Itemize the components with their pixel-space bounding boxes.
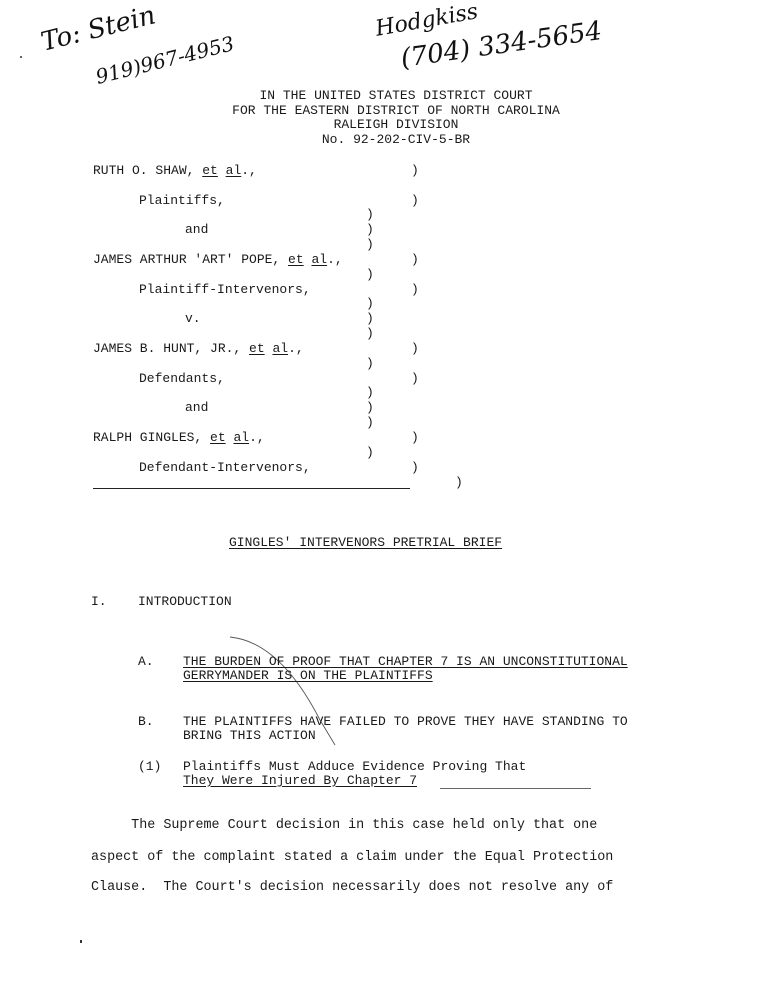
body-line-1: The Supreme Court decision in this case … bbox=[91, 818, 597, 833]
caption-paren: ) bbox=[411, 371, 419, 386]
section-b-number: B. bbox=[138, 714, 154, 729]
caption-paren: ) bbox=[366, 326, 374, 341]
caption-paren: ) bbox=[411, 341, 419, 356]
section-b-line1: THE PLAINTIFFS HAVE FAILED TO PROVE THEY… bbox=[183, 714, 628, 729]
caption-paren: ) bbox=[366, 445, 374, 460]
caption-paren: ) bbox=[411, 430, 419, 445]
court-district: FOR THE EASTERN DISTRICT OF NORTH CAROLI… bbox=[0, 104, 768, 118]
caption-paren: ) bbox=[366, 385, 374, 400]
party-plaintiff-intervenors: JAMES ARTHUR 'ART' POPE, et al., bbox=[93, 252, 343, 267]
and-connector-2: and bbox=[185, 400, 208, 415]
role-defendants: Defendants, bbox=[139, 371, 225, 386]
body-line-2: aspect of the complaint stated a claim u… bbox=[91, 850, 613, 865]
versus: v. bbox=[185, 311, 201, 326]
caption-paren: ) bbox=[411, 460, 419, 475]
party-defendant-intervenors: RALPH GINGLES, et al., bbox=[93, 430, 265, 445]
section-a-line2: GERRYMANDER IS ON THE PLAINTIFFS bbox=[183, 668, 433, 683]
stray-mark bbox=[20, 56, 22, 58]
caption-paren: ) bbox=[366, 356, 374, 371]
subsection-1-line2: They Were Injured By Chapter 7 bbox=[183, 773, 417, 788]
caption-paren: ) bbox=[411, 282, 419, 297]
stray-mark bbox=[80, 940, 82, 943]
body-line-3: Clause. The Court's decision necessarily… bbox=[91, 880, 613, 895]
party-plaintiffs: RUTH O. SHAW, et al., bbox=[93, 163, 257, 178]
caption-paren: ) bbox=[366, 415, 374, 430]
section-a-line1: THE BURDEN OF PROOF THAT CHAPTER 7 IS AN… bbox=[183, 654, 628, 669]
subsection-1-line1: Plaintiffs Must Adduce Evidence Proving … bbox=[183, 759, 526, 774]
document-title: GINGLES' INTERVENORS PRETRIAL BRIEF bbox=[229, 535, 502, 550]
section-a-number: A. bbox=[138, 654, 154, 669]
section-b-line2: BRING THIS ACTION bbox=[183, 728, 316, 743]
section-i-title: INTRODUCTION bbox=[138, 594, 232, 609]
role-plaintiffs: Plaintiffs, bbox=[139, 193, 225, 208]
subsection-1-underline-extension bbox=[440, 788, 591, 789]
handwritten-to-note: To: Stein bbox=[38, 0, 159, 57]
caption-paren: ) bbox=[411, 252, 419, 267]
subsection-1-number: (1) bbox=[138, 759, 161, 774]
caption-paren: ) bbox=[366, 267, 374, 282]
court-name: IN THE UNITED STATES DISTRICT COURT bbox=[0, 89, 768, 103]
section-i-number: I. bbox=[91, 594, 107, 609]
and-connector-1: and bbox=[185, 222, 208, 237]
role-plaintiff-intervenors: Plaintiff-Intervenors, bbox=[139, 282, 311, 297]
case-number: No. 92-202-CIV-5-BR bbox=[0, 133, 768, 147]
caption-paren: ) bbox=[411, 193, 419, 208]
caption-rule bbox=[93, 488, 410, 489]
caption-paren: ) bbox=[366, 237, 374, 252]
caption-paren: ) bbox=[366, 222, 374, 237]
role-defendant-intervenors: Defendant-Intervenors, bbox=[139, 460, 311, 475]
caption-paren: ) bbox=[366, 400, 374, 415]
caption-paren: ) bbox=[366, 311, 374, 326]
caption-paren: ) bbox=[366, 296, 374, 311]
party-defendants: JAMES B. HUNT, JR., et al., bbox=[93, 341, 304, 356]
court-division: RALEIGH DIVISION bbox=[0, 118, 768, 132]
caption-paren: ) bbox=[411, 163, 419, 178]
caption-paren: ) bbox=[455, 475, 463, 490]
caption-paren: ) bbox=[366, 207, 374, 222]
